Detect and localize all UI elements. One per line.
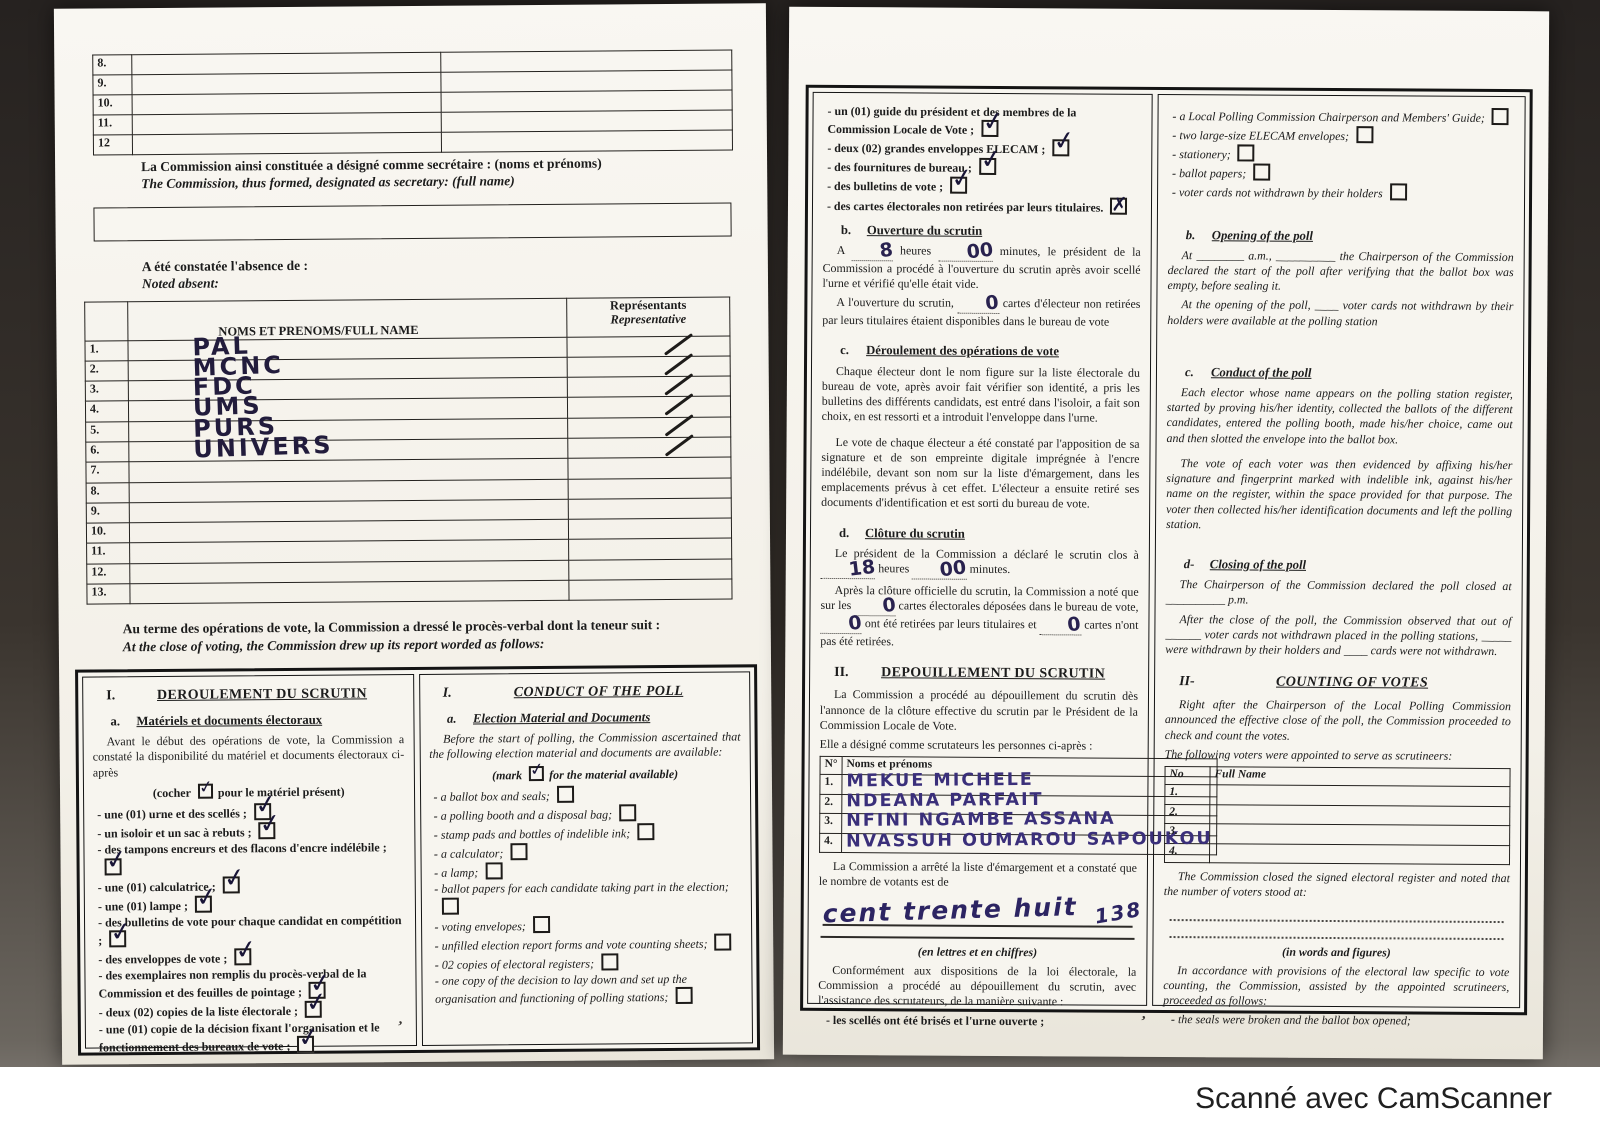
empty-cell — [132, 92, 441, 114]
table-row: 12 — [93, 130, 732, 155]
subsection-number: b. — [1186, 227, 1212, 243]
row-number: 11. — [87, 543, 130, 564]
paragraph: At the opening of the poll, ____ voter c… — [1167, 297, 1513, 330]
paragraph: La Commission a arrêté la liste d'émarge… — [819, 859, 1137, 891]
item-label: des bulletins de vote ; — [834, 179, 943, 194]
row-number: 2. — [820, 794, 842, 814]
empty-cell — [441, 50, 732, 72]
checkbox-icon — [557, 786, 574, 803]
item-label: stationery; — [1179, 147, 1231, 161]
empty-cell — [132, 112, 441, 134]
tick-mark — [665, 414, 694, 437]
row-number: 1. — [85, 340, 128, 361]
checkbox-icon — [637, 823, 654, 840]
section-title: DEROULEMENT DU SCRUTIN — [150, 686, 374, 705]
row-number: 9. — [93, 75, 132, 95]
row-number: 11. — [93, 115, 132, 135]
checklist-item: une (01) copie de la décision fixant l'o… — [99, 1020, 407, 1056]
checklist-item: two large-size ELECAM envelopes; — [1172, 125, 1514, 145]
section-title: CONDUCT OF THE POLL — [487, 683, 711, 702]
handwritten-name: NFINI NGAMBE ASSANA — [846, 815, 1115, 825]
text-segment: cartes électorales déposées dans le bure… — [899, 599, 1139, 614]
subsection-number: c. — [840, 342, 866, 358]
secretary-note: La Commission ainsi constituée a désigné… — [141, 154, 767, 193]
header-representative-en: Representative — [571, 311, 725, 327]
words-figures-note: (en lettres et en chiffres) — [818, 944, 1136, 961]
text-segment: Le président de la Commission a déclaré … — [835, 546, 1139, 562]
item-label: a polling booth and a disposal bag; — [441, 807, 612, 822]
checkbox-icon — [195, 895, 212, 912]
handwritten-name: NVASSUH OUMAROU SAPOUKOU — [846, 834, 1213, 845]
name-cell — [130, 580, 569, 604]
row-number: 12 — [93, 135, 132, 155]
representative-cell — [567, 396, 730, 418]
checklist-item: voter cards not withdrawn by their holde… — [1172, 182, 1514, 202]
secretary-name-box — [93, 202, 731, 241]
subsection-title: Conduct of the poll — [1211, 364, 1312, 381]
checklist-item: a polling booth and a disposal bag; — [434, 803, 742, 824]
section-heading: I. DEROULEMENT DU SCRUTIN — [106, 686, 404, 706]
representative-cell — [569, 538, 732, 560]
checkbox-icon — [1356, 126, 1373, 143]
camscanner-watermark: Scanné avec CamScanner — [1195, 1082, 1552, 1116]
row-number: 2. — [1165, 804, 1210, 824]
row-number: 12. — [87, 563, 130, 584]
checklist-item: a calculator; — [434, 842, 742, 863]
item-label: des enveloppes de vote ; — [105, 952, 227, 967]
section-1-english-column: I. CONDUCT OF THE POLL a. Election Mater… — [419, 672, 753, 1047]
checklist-item: un (01) guide du président et des membre… — [827, 104, 1141, 139]
empty-cell — [441, 70, 732, 92]
checklist-item: 02 copies of electoral registers; — [435, 952, 743, 973]
row-number: 3. — [1165, 824, 1210, 844]
checklist-item: voting envelopes; — [435, 914, 743, 935]
checkbox-icon — [1238, 145, 1255, 162]
paragraph: The Commission closed the signed elector… — [1164, 869, 1510, 902]
checkbox-icon — [441, 897, 458, 914]
checklist-item: one copy of the decision to lay down and… — [435, 971, 743, 1007]
row-number: 4. — [85, 401, 128, 422]
row-number: 13. — [87, 584, 130, 605]
checklist-item: une (01) urne et des scellés ; — [97, 802, 405, 823]
name-cell — [1209, 843, 1509, 864]
handwritten-hours: 18 — [835, 567, 875, 572]
blank-field: 0 — [958, 300, 999, 314]
report-intro: Au terme des opérations de vote, la Comm… — [123, 616, 741, 656]
representative-cell — [568, 498, 731, 520]
mark-instruction: (cocher pour le matériel présent) — [93, 782, 405, 802]
checklist-item: deux (02) copies de la liste électorale … — [99, 1001, 407, 1022]
handwritten-name: UNIVERS — [193, 440, 334, 455]
text-segment: minutes. — [970, 562, 1011, 576]
name-cell: NVASSUH OUMAROU SAPOUKOU — [841, 833, 1217, 855]
representative-cell — [568, 457, 731, 479]
mark-instruction-pre: (mark — [492, 768, 522, 782]
tick-mark — [664, 393, 693, 416]
empty-cell — [132, 132, 441, 154]
row-number: 5. — [86, 421, 129, 442]
item-label: une (01) copie de la décision fixant l'o… — [99, 1020, 380, 1054]
subsection-heading: c. Conduct of the poll — [1185, 364, 1513, 382]
row-number: 10. — [93, 95, 132, 115]
checked-checkbox-icon — [198, 784, 213, 799]
checklist-item: a ballot box and seals; — [433, 784, 741, 805]
handwritten-count: 0 — [1054, 624, 1081, 627]
subsection-number: c. — [1185, 364, 1211, 380]
representative-cell — [568, 417, 731, 439]
checkbox-icon — [305, 1001, 322, 1018]
blank-field: 0 — [1040, 622, 1081, 636]
subsection-title: Déroulement des opérations de vote — [866, 343, 1059, 360]
checklist-item: une (01) lampe ; — [98, 894, 406, 915]
section-number: II. — [834, 664, 878, 682]
table-row: 4. — [1164, 843, 1509, 865]
subsection-heading: b. Ouverture du scrutin — [841, 222, 1141, 240]
checked-checkbox-icon — [529, 766, 544, 781]
report-french-column: un (01) guide du président et des membre… — [807, 92, 1153, 1006]
item-label: one copy of the decision to lay down and… — [435, 972, 687, 1006]
row-number: 3. — [85, 381, 128, 402]
checkbox-icon — [1253, 164, 1270, 181]
row-number: 6. — [86, 442, 129, 463]
text-segment: heures — [878, 561, 909, 575]
checkbox-icon — [259, 822, 276, 839]
blank-field: 00 — [912, 566, 967, 580]
empty-cell — [441, 90, 732, 112]
item-label: a calculator; — [441, 847, 503, 861]
item-label: stamp pads and bottles of indelible ink; — [441, 826, 630, 841]
handwritten-name: PAL — [192, 340, 251, 352]
report-intro-en: At the close of voting, the Commission d… — [123, 633, 741, 655]
procedure-step: the seals were broken and the ballot box… — [1171, 1012, 1509, 1029]
subsection-number: d- — [1184, 556, 1210, 572]
paragraph: Conformément aux dispositions de la loi … — [818, 963, 1136, 1011]
table-row: 3. — [1165, 824, 1510, 846]
subsection-number: a. — [447, 711, 473, 727]
subsection-title: Ouverture du scrutin — [867, 222, 982, 239]
checklist-item: des bulletins de vote ; — [827, 176, 1141, 196]
text-segment: heures — [900, 243, 931, 257]
item-label: a lamp; — [441, 866, 478, 880]
item-label: voter cards not withdrawn by their holde… — [1179, 186, 1383, 201]
absentees-table: NOMS ET PRENOMS/FULL NAME Représentants … — [84, 296, 732, 605]
subsection-title: Closing of the poll — [1210, 556, 1306, 573]
subsection-heading: a. Election Material and Documents — [447, 709, 741, 727]
item-label: une (01) lampe ; — [105, 899, 188, 914]
representative-cell — [567, 336, 730, 358]
name-cell — [1210, 785, 1510, 806]
checkbox-icon — [105, 858, 122, 875]
paragraph: The Chairperson of the Commission declar… — [1166, 577, 1512, 610]
handwritten-minutes: 00 — [952, 249, 992, 254]
checkbox-icon — [485, 863, 502, 880]
mark-instruction-post: for the material available) — [549, 767, 678, 782]
handwritten-hours: 8 — [866, 249, 893, 252]
section-1-french-column: I. DEROULEMENT DU SCRUTIN a. Matériels e… — [82, 674, 416, 1049]
handwritten-count-words: cent trente huit — [822, 891, 1078, 930]
checkbox-icon — [675, 987, 692, 1004]
item-label: deux (02) grandes enveloppes ELECAM ; — [834, 141, 1045, 156]
row-number: 1. — [820, 775, 842, 795]
checklist-item: unfilled election report forms and vote … — [435, 933, 743, 954]
material-checklist-fr: une (01) urne et des scellés ; un isoloi… — [93, 802, 406, 1055]
item-label: two large-size ELECAM envelopes; — [1179, 128, 1349, 143]
paragraph: Le président de la Commission a déclaré … — [821, 546, 1139, 581]
material-checklist-en: a ballot box and seals; a polling booth … — [429, 784, 742, 1007]
tick-mark — [664, 373, 693, 396]
text-segment: ont été retirées par leurs titulaires et — [865, 616, 1037, 631]
representative-cell — [568, 478, 731, 500]
checklist-item: stamp pads and bottles of indelible ink; — [434, 823, 742, 844]
checkbox-icon — [714, 933, 731, 950]
checkbox-icon — [533, 916, 550, 933]
checklist-item: des exemplaires non remplis du procès-ve… — [98, 966, 406, 1002]
checklist-item: des enveloppes de vote ; — [98, 947, 406, 968]
section-heading: II. DEPOUILLEMENT DU SCRUTIN — [834, 664, 1138, 684]
voters-count-line: cent trente huit 138 — [823, 894, 1133, 928]
tick-mark — [665, 434, 694, 457]
subsection-number: a. — [110, 713, 136, 729]
row-number: 4. — [1164, 843, 1209, 863]
row-number: 8. — [86, 482, 129, 503]
handwritten-name: UMS — [193, 401, 263, 413]
text-segment: A — [837, 243, 845, 257]
checkbox-icon — [234, 948, 251, 965]
row-number: 3. — [820, 814, 842, 834]
tick-mark — [664, 353, 693, 376]
item-label: 02 copies of electoral registers; — [442, 956, 594, 971]
text-segment: A l'ouverture du scrutin, — [836, 295, 954, 310]
section-title: COUNTING OF VOTES — [1223, 674, 1481, 693]
subsection-heading: c. Déroulement des opérations de vote — [840, 342, 1140, 360]
checklist-item: a lamp; — [434, 861, 742, 882]
blank-field: 00 — [938, 247, 993, 261]
item-label: un isoloir et un sac à rebuts ; — [104, 826, 251, 841]
row-number: 10. — [86, 523, 129, 544]
paragraph: A l'ouverture du scrutin, 0 cartes d'éle… — [822, 295, 1140, 330]
checkbox-icon — [1390, 184, 1407, 201]
header-number — [85, 301, 128, 340]
handwritten-name: NDEANA PARFAIT — [846, 796, 1043, 806]
members-table-continued: 8. 9. 10. 11. 12 — [92, 49, 733, 155]
handwritten-count: 0 — [868, 605, 895, 608]
blank-line — [1170, 904, 1504, 923]
handwritten-name: MEKUE MICHELE — [846, 776, 1033, 785]
checklist-item: ballot papers; — [1172, 163, 1514, 183]
material-checklist-en-continued: a Local Polling Commission Chairperson a… — [1168, 106, 1515, 203]
material-checklist-fr-continued: un (01) guide du président et des membre… — [823, 104, 1142, 216]
item-label: unfilled election report forms and vote … — [442, 936, 708, 952]
procedure-step: les scellés ont été brisés et l'urne ouv… — [826, 1012, 1136, 1029]
subsection-title: Clôture du scrutin — [865, 525, 965, 542]
row-number: 1. — [1165, 785, 1210, 805]
blank-field: 8 — [852, 247, 893, 261]
subsection-heading: a. Matériels et documents électoraux — [110, 711, 404, 729]
empty-cell — [441, 130, 732, 152]
representative-cell — [567, 376, 730, 398]
header-representative-fr: Représentants — [571, 297, 725, 313]
paragraph: In accordance with provisions of the ele… — [1163, 963, 1509, 1011]
paragraph: At ________ a.m., __________ the Chairpe… — [1167, 248, 1513, 296]
empty-cell — [132, 72, 441, 94]
name-cell — [1210, 824, 1510, 845]
section-number: I. — [106, 688, 150, 706]
section-number: I. — [443, 685, 487, 703]
paragraph: The vote of each voter was then evidence… — [1166, 456, 1512, 534]
subsection-heading: d- Closing of the poll — [1184, 556, 1512, 574]
empty-cell — [132, 52, 441, 74]
subsection-heading: b. Opening of the poll — [1186, 227, 1514, 245]
section-title: DEPOUILLEMENT DU SCRUTIN — [878, 664, 1108, 683]
item-label: un (01) guide du président et des membre… — [827, 104, 1076, 137]
checkbox-icon — [981, 120, 998, 137]
checklist-item: stationery; — [1172, 144, 1514, 164]
mark-instruction: (mark for the material available) — [429, 764, 741, 784]
subsection-title: Election Material and Documents — [473, 709, 650, 726]
representative-cell — [569, 579, 732, 601]
checkbox-icon — [510, 843, 527, 860]
handwritten-name: PURS — [193, 421, 278, 434]
item-label: a ballot box and seals; — [441, 789, 550, 804]
handwritten-count-figure: 138 — [1093, 897, 1144, 930]
paragraph: Avant le début des opérations de vote, l… — [93, 732, 405, 781]
page-number-mark: ’ — [1138, 1014, 1147, 1032]
section-1-box: I. DEROULEMENT DU SCRUTIN a. Matériels e… — [75, 665, 760, 1056]
checkbox-icon — [601, 953, 618, 970]
row-number: 4. — [820, 833, 842, 853]
row-number: 7. — [86, 462, 129, 483]
checklist-item: des tampons encreurs et des flacons d'en… — [97, 841, 405, 877]
checklist-item: une (01) calculatrice ; — [98, 875, 406, 896]
item-label: une (01) urne et des scellés ; — [104, 807, 247, 822]
paragraph: A 8 heures 00 minutes, le président de l… — [822, 243, 1140, 293]
report-box: un (01) guide du président et des membre… — [800, 85, 1533, 1015]
section-number: II- — [1179, 673, 1223, 691]
table-header-row: NOMS ET PRENOMS/FULL NAME Représentants … — [85, 297, 730, 341]
checkbox-icon — [979, 158, 996, 175]
checkbox-icon — [1052, 140, 1069, 157]
paragraph: Before the start of polling, the Commiss… — [429, 730, 741, 763]
paragraph: Right after the Chairperson of the Local… — [1165, 697, 1511, 745]
section-heading: II- COUNTING OF VOTES — [1179, 673, 1511, 693]
item-label: ballot papers; — [1179, 166, 1246, 180]
subsection-heading: d. Clôture du scrutin — [839, 525, 1139, 543]
handwritten-count: 0 — [972, 303, 999, 306]
representative-cell — [568, 437, 731, 459]
words-figures-note: (in words and figures) — [1163, 944, 1509, 961]
checkbox-icon — [109, 930, 126, 947]
item-label: des tampons encreurs et des flacons d'en… — [104, 841, 386, 857]
table-row: 13. — [87, 579, 732, 604]
left-page: 8. 9. 10. 11. 12 La Commission ainsi con… — [54, 3, 774, 1065]
table-row: 2. — [1165, 804, 1510, 826]
paragraph: Each elector whose name appears on the p… — [1167, 385, 1513, 448]
absent-note: A été constatée l'absence de : Noted abs… — [142, 254, 768, 293]
item-label: deux (02) copies de la liste électorale … — [106, 1004, 298, 1020]
paragraph: Le vote de chaque électeur a été constat… — [821, 434, 1139, 512]
empty-cell — [441, 110, 732, 132]
subsection-title: Opening of the poll — [1212, 227, 1313, 244]
checkbox-icon — [297, 1035, 314, 1052]
row-number: 2. — [85, 361, 128, 382]
checkbox-icon — [950, 177, 967, 194]
paragraph: Chaque électeur dont le nom figure sur l… — [822, 364, 1140, 427]
paragraph: La Commission a procédé au dépouillement… — [820, 687, 1138, 735]
table-row: 1. — [1165, 785, 1510, 807]
paragraph: Elle a désigné comme scrutateurs les per… — [820, 737, 1138, 754]
tick-mark — [664, 333, 693, 356]
blank-field: 18 — [821, 565, 876, 579]
checklist-item: des cartes électorales non retirées par … — [827, 195, 1141, 215]
table-row: 4.NVASSUH OUMAROU SAPOUKOU — [820, 833, 1218, 855]
checkbox-icon — [1492, 108, 1509, 125]
right-page: un (01) guide du président et des membre… — [783, 7, 1549, 1060]
section-heading: I. CONDUCT OF THE POLL — [443, 683, 741, 703]
paragraph: The following voters were appointed to s… — [1165, 747, 1511, 764]
header-number: N° — [820, 757, 842, 775]
handwritten-minutes: 00 — [926, 567, 966, 572]
item-label: ballot papers for each candidate taking … — [441, 880, 729, 896]
subsection-title: Matériels et documents électoraux — [136, 712, 322, 729]
representative-cell — [568, 518, 731, 540]
representative-cell — [567, 356, 730, 378]
checkbox-icon — [619, 804, 636, 821]
checklist-item: des fournitures de bureau ; — [827, 157, 1141, 177]
checklist-item: un isoloir et un sac à rebuts ; — [97, 821, 405, 842]
item-label: a Local Polling Commission Chairperson a… — [1179, 109, 1485, 125]
handwritten-count: 0 — [835, 623, 862, 626]
checkbox-icon — [223, 876, 240, 893]
subsection-number: d. — [839, 525, 865, 541]
name-cell — [1210, 804, 1510, 825]
item-label: des cartes électorales non retirées par … — [834, 199, 1104, 215]
camscanner-bar: Scanné avec CamScanner — [0, 1067, 1600, 1131]
paragraph: After the close of the poll, the Commiss… — [1165, 612, 1511, 660]
mark-instruction-post: pour le matériel présent) — [218, 785, 345, 800]
checklist-item: a Local Polling Commission Chairperson a… — [1172, 106, 1514, 126]
paragraph: Après la clôture officielle du scrutin, … — [820, 583, 1138, 651]
representative-cell — [569, 559, 732, 581]
blank-line — [1170, 921, 1504, 940]
report-english-column: a Local Polling Commission Chairperson a… — [1152, 94, 1526, 1008]
header-representative: Représentants Representative — [567, 297, 730, 337]
header-name: Full Name — [1210, 767, 1510, 787]
row-number: 8. — [93, 55, 132, 75]
row-number: 9. — [86, 503, 129, 524]
blank-field: 0 — [820, 620, 861, 634]
handwritten-name: MCNC — [193, 360, 284, 373]
checkbox-icon — [1110, 197, 1127, 214]
item-label: voting envelopes; — [442, 919, 526, 934]
mark-instruction-pre: (cocher — [153, 786, 191, 800]
checklist-item: ballot papers for each candidate taking … — [434, 880, 742, 916]
subsection-number: b. — [841, 222, 867, 238]
